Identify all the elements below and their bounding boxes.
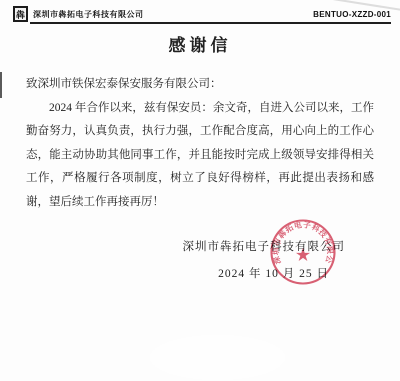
- salutation: 致深圳市铁保宏泰保安服务有限公司：: [26, 73, 374, 97]
- letterhead: 犇 深圳市犇拓电子科技有限公司 BENTUO-XZZD-001: [13, 6, 391, 22]
- letter-content: 致深圳市铁保宏泰保安服务有限公司： 2024 年合作以来，兹有保安员：余文奇，自…: [26, 73, 374, 214]
- signature-date: 2024 年 10 月 25 日: [218, 265, 329, 281]
- scan-bleedthrough: [150, 335, 285, 380]
- header-rule: [30, 22, 391, 24]
- letter-body: 2024 年合作以来，兹有保安员：余文奇，自进入公司以来，工作勤奋努力，认真负责…: [26, 97, 374, 215]
- letter-title: 感谢信: [0, 31, 400, 56]
- scanned-letter-page: 犇 深圳市犇拓电子科技有限公司 BENTUO-XZZD-001 感谢信 致深圳市…: [0, 0, 400, 381]
- signature-company: 深圳市犇拓电子科技有限公司: [183, 238, 346, 254]
- company-logo-icon: 犇: [13, 6, 28, 22]
- scan-edge-artifact: [0, 72, 2, 98]
- header-doc-number: BENTUO-XZZD-001: [313, 10, 391, 19]
- header-company-name: 深圳市犇拓电子科技有限公司: [33, 9, 144, 20]
